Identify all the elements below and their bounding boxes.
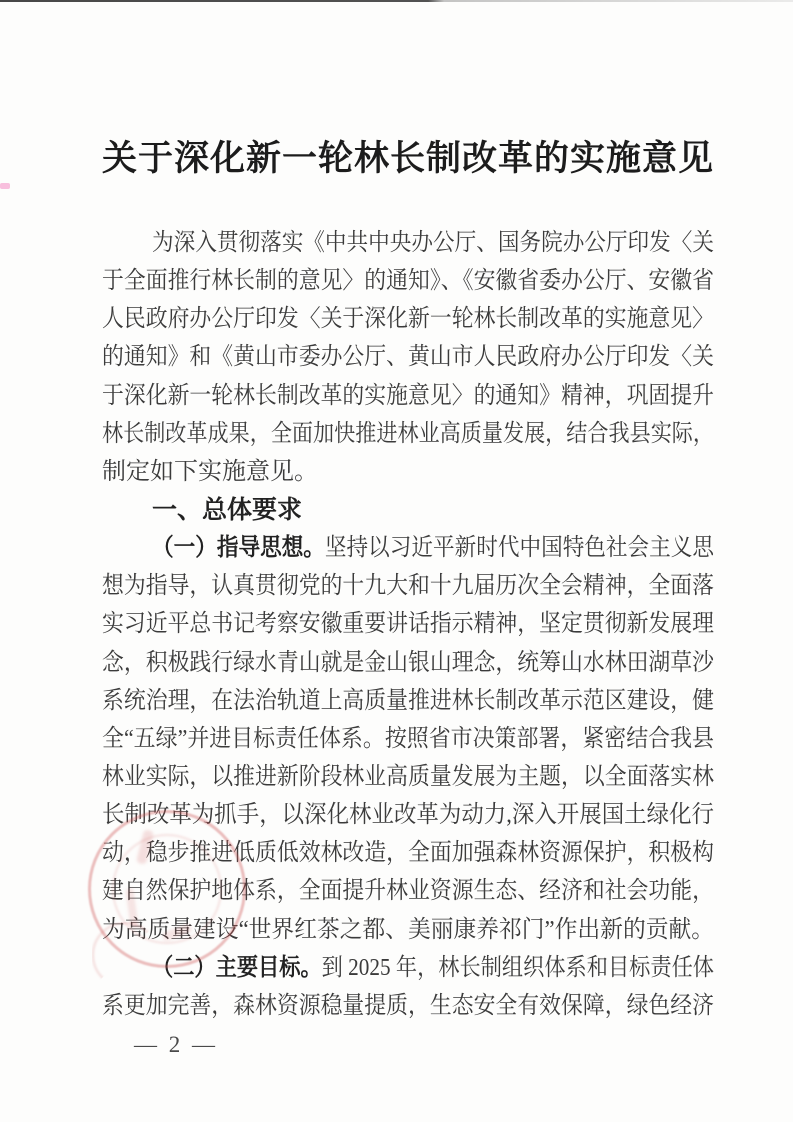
- text-segment: 于全面推行林长制的意见〉的通知》、《安徽省委办公厅、安徽省: [102, 268, 714, 294]
- text-line-content: 的通知》和《黄山市委办公厅、黄山市人民政府办公厅印发〈关: [102, 338, 714, 376]
- text-line-content: 系统治理，在法治轨道上高质量推进林长制改革示范区建设，健: [102, 682, 714, 720]
- text-line-content: 为深入贯彻落实《中共中央办公厅、国务院办公厅印发〈关: [152, 224, 714, 262]
- text-line: 长制改革为抓手，以深化林业改革为动力,深入开展国土绿化行: [102, 796, 714, 834]
- text-line: 动，稳步推进低质低效林改造，全面加强森林资源保护，积极构: [102, 834, 714, 872]
- text-line-content: 制定如下实施意见。: [102, 453, 318, 491]
- text-line: 实习近平总书记考察安徽重要讲话指示精神，坚定贯彻新发展理: [102, 605, 714, 643]
- text-segment: 制定如下实施意见。: [102, 459, 318, 485]
- text-line-content: 动，稳步推进低质低效林改造，全面加强森林资源保护，积极构: [102, 834, 714, 872]
- text-line-content: 于全面推行林长制的意见〉的通知》、《安徽省委办公厅、安徽省: [102, 262, 714, 300]
- text-segment: 长制改革为抓手，以深化林业改革为动力,深入开展国土绿化行: [102, 802, 714, 828]
- bold-text-segment: （二）主要目标。: [152, 955, 322, 981]
- text-line-content: 为高质量建设“世界红茶之都、美丽康养祁门”作出新的贡献。: [102, 911, 714, 949]
- bold-text-segment: 一、总体要求: [152, 496, 302, 524]
- text-line: 为深入贯彻落实《中共中央办公厅、国务院办公厅印发〈关: [102, 224, 714, 262]
- scan-edge-artifact: [0, 0, 793, 2]
- text-line: 系统治理，在法治轨道上高质量推进林长制改革示范区建设，健: [102, 682, 714, 720]
- text-line-content: 想为指导，认真贯彻党的十九大和十九届历次全会精神，全面落: [102, 567, 714, 605]
- text-line: 林长制改革成果，全面加快推进林业高质量发展，结合我县实际，: [102, 415, 714, 453]
- text-segment: 全“五绿”并进目标责任体系。按照省市决策部署，紧密结合我县: [102, 726, 714, 752]
- page-number: — 2 —: [134, 1032, 218, 1058]
- text-line-content: 一、总体要求: [152, 491, 302, 529]
- text-segment: 林业实际，以推进新阶段林业高质量发展为主题，以全面落实林: [102, 764, 714, 790]
- text-segment: 的通知》和《黄山市委办公厅、黄山市人民政府办公厅印发〈关: [102, 344, 714, 370]
- text-segment: 动，稳步推进低质低效林改造，全面加强森林资源保护，积极构: [102, 840, 714, 866]
- text-line-content: 林长制改革成果，全面加快推进林业高质量发展，结合我县实际，: [102, 415, 714, 453]
- text-segment: 为深入贯彻落实《中共中央办公厅、国务院办公厅印发〈关: [152, 230, 714, 256]
- scan-speck-artifact: [0, 183, 10, 189]
- text-line: 人民政府办公厅印发〈关于深化新一轮林长制改革的实施意见〉: [102, 300, 714, 338]
- text-line-content: 人民政府办公厅印发〈关于深化新一轮林长制改革的实施意见〉: [102, 300, 714, 338]
- document-title: 关于深化新一轮林长制改革的实施意见: [102, 134, 714, 184]
- text-line-content: （二）主要目标。到 2025 年，林长制组织体系和目标责任体: [152, 949, 714, 987]
- text-line: 想为指导，认真贯彻党的十九大和十九届历次全会精神，全面落: [102, 567, 714, 605]
- text-segment: 林长制改革成果，全面加快推进林业高质量发展，结合我县实际，: [102, 421, 714, 447]
- text-segment: 人民政府办公厅印发〈关于深化新一轮林长制改革的实施意见〉: [102, 306, 714, 332]
- text-line: 的通知》和《黄山市委办公厅、黄山市人民政府办公厅印发〈关: [102, 338, 714, 376]
- text-line: 制定如下实施意见。: [102, 453, 714, 491]
- text-line-content: 林业实际，以推进新阶段林业高质量发展为主题，以全面落实林: [102, 758, 714, 796]
- text-segment: 为高质量建设“世界红茶之都、美丽康养祁门”作出新的贡献。: [102, 917, 714, 943]
- text-segment: 坚持以习近平新时代中国特色社会主义思: [325, 535, 714, 561]
- text-segment: 想为指导，认真贯彻党的十九大和十九届历次全会精神，全面落: [102, 573, 714, 599]
- text-line-content: 长制改革为抓手，以深化林业改革为动力,深入开展国土绿化行: [102, 796, 714, 834]
- text-line-content: （一）指导思想。坚持以习近平新时代中国特色社会主义思: [152, 529, 714, 567]
- text-segment: 到 2025 年，林长制组织体系和目标责任体: [322, 955, 714, 981]
- text-segment: 念，积极践行绿水青山就是金山银山理念，统筹山水林田湖草沙: [102, 650, 714, 676]
- text-line-content: 建自然保护地体系，全面提升林业资源生态、经济和社会功能，: [102, 872, 714, 910]
- text-line-content: 于深化新一轮林长制改革的实施意见〉的通知》精神，巩固提升: [102, 377, 714, 415]
- text-segment: 实习近平总书记考察安徽重要讲话指示精神，坚定贯彻新发展理: [102, 611, 714, 637]
- section-heading: 一、总体要求: [102, 491, 714, 529]
- bold-text-segment: （一）指导思想。: [152, 535, 325, 561]
- text-segment: 建自然保护地体系，全面提升林业资源生态、经济和社会功能，: [102, 878, 714, 904]
- text-line: 建自然保护地体系，全面提升林业资源生态、经济和社会功能，: [102, 872, 714, 910]
- text-line: 于深化新一轮林长制改革的实施意见〉的通知》精神，巩固提升: [102, 377, 714, 415]
- text-line: 念，积极践行绿水青山就是金山银山理念，统筹山水林田湖草沙: [102, 644, 714, 682]
- text-segment: 于深化新一轮林长制改革的实施意见〉的通知》精神，巩固提升: [102, 383, 714, 409]
- text-line-content: 全“五绿”并进目标责任体系。按照省市决策部署，紧密结合我县: [102, 720, 714, 758]
- text-line-content: 念，积极践行绿水青山就是金山银山理念，统筹山水林田湖草沙: [102, 644, 714, 682]
- text-segment: 系更加完善，森林资源稳量提质，生态安全有效保障，绿色经济: [102, 993, 714, 1019]
- text-line-content: 实习近平总书记考察安徽重要讲话指示精神，坚定贯彻新发展理: [102, 605, 714, 643]
- text-line-content: 系更加完善，森林资源稳量提质，生态安全有效保障，绿色经济: [102, 987, 714, 1025]
- text-line: 全“五绿”并进目标责任体系。按照省市决策部署，紧密结合我县: [102, 720, 714, 758]
- text-line: （一）指导思想。坚持以习近平新时代中国特色社会主义思: [102, 529, 714, 567]
- text-line: 系更加完善，森林资源稳量提质，生态安全有效保障，绿色经济: [102, 987, 714, 1025]
- text-line: （二）主要目标。到 2025 年，林长制组织体系和目标责任体: [102, 949, 714, 987]
- document-page: 关于深化新一轮林长制改革的实施意见 为深入贯彻落实《中共中央办公厅、国务院办公厅…: [0, 0, 793, 1122]
- text-line: 林业实际，以推进新阶段林业高质量发展为主题，以全面落实林: [102, 758, 714, 796]
- document-body: 为深入贯彻落实《中共中央办公厅、国务院办公厅印发〈关于全面推行林长制的意见〉的通…: [102, 224, 714, 1025]
- text-line: 为高质量建设“世界红茶之都、美丽康养祁门”作出新的贡献。: [102, 911, 714, 949]
- text-line: 于全面推行林长制的意见〉的通知》、《安徽省委办公厅、安徽省: [102, 262, 714, 300]
- text-segment: 系统治理，在法治轨道上高质量推进林长制改革示范区建设，健: [102, 688, 714, 714]
